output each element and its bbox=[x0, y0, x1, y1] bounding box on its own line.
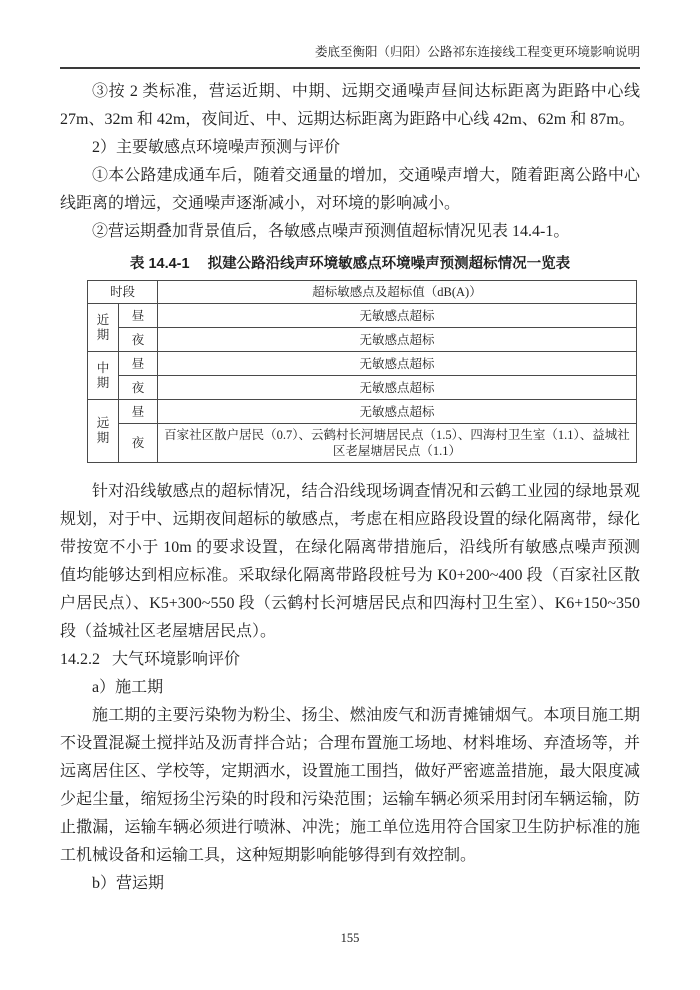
paragraph-table-reference: ②营运期叠加背景值后，各敏感点噪声预测值超标情况见表 14.4-1。 bbox=[60, 218, 640, 246]
value-near-night: 无敏感点超标 bbox=[158, 328, 637, 352]
page-header: 娄底至衡阳（归阳）公路祁东连接线工程变更环境影响说明 bbox=[60, 0, 640, 69]
value-near-day: 无敏感点超标 bbox=[158, 304, 637, 328]
table-row: 近期 昼 无敏感点超标 bbox=[88, 304, 637, 328]
table-row: 夜 百家社区散户居民（0.7）、云鹤村长河塘居民点（1.5）、四海村卫生室（1.… bbox=[88, 424, 637, 463]
value-mid-day: 无敏感点超标 bbox=[158, 352, 637, 376]
section-title: 大气环境影响评价 bbox=[112, 651, 240, 668]
col-header-exceedance: 超标敏感点及超标值（dB(A)） bbox=[158, 281, 637, 304]
time-night-label: 夜 bbox=[119, 376, 158, 400]
document-page: 娄底至衡阳（归阳）公路祁东连接线工程变更环境影响说明 ③按 2 类标准，营运近期… bbox=[0, 0, 700, 990]
section-heading-air-environment: 14.2.2大气环境影响评价 bbox=[60, 646, 640, 674]
table-caption-number: 表 14.4-1 bbox=[130, 256, 190, 272]
subheading-sensitive-point-prediction: 2）主要敏感点环境噪声预测与评价 bbox=[60, 134, 640, 162]
period-long-term: 远期 bbox=[88, 400, 119, 463]
table-row: 远期 昼 无敏感点超标 bbox=[88, 400, 637, 424]
table-header-row: 时段 超标敏感点及超标值（dB(A)） bbox=[88, 281, 637, 304]
page-number: 155 bbox=[341, 931, 360, 945]
value-long-day: 无敏感点超标 bbox=[158, 400, 637, 424]
paragraph-noise-standard-distances: ③按 2 类标准，营运近期、中期、远期交通噪声昼间达标距离为距路中心线 27m、… bbox=[60, 78, 640, 134]
table-row: 中期 昼 无敏感点超标 bbox=[88, 352, 637, 376]
time-night-label: 夜 bbox=[119, 424, 158, 463]
document-body: ③按 2 类标准，营运近期、中期、远期交通噪声昼间达标距离为距路中心线 27m、… bbox=[60, 78, 640, 898]
table-row: 夜 无敏感点超标 bbox=[88, 328, 637, 352]
noise-exceedance-table: 时段 超标敏感点及超标值（dB(A)） 近期 昼 无敏感点超标 夜 无敏感点超标… bbox=[87, 280, 637, 463]
period-mid-term: 中期 bbox=[88, 352, 119, 400]
table-caption: 表 14.4-1拟建公路沿线声环境敏感点环境噪声预测超标情况一览表 bbox=[60, 254, 640, 274]
time-day-label: 昼 bbox=[119, 304, 158, 328]
section-number: 14.2.2 bbox=[60, 651, 100, 668]
value-mid-night: 无敏感点超标 bbox=[158, 376, 637, 400]
paragraph-greenbelt-mitigation: 针对沿线敏感点的超标情况，结合沿线现场调查情况和云鹤工业园的绿地景观规划，对于中… bbox=[60, 478, 640, 646]
table-caption-title: 拟建公路沿线声环境敏感点环境噪声预测超标情况一览表 bbox=[208, 256, 571, 272]
paragraph-traffic-noise-trend: ①本公路建成通车后，随着交通量的增加，交通噪声增大，随着距离公路中心线距离的增远… bbox=[60, 162, 640, 218]
time-night-label: 夜 bbox=[119, 328, 158, 352]
table-row: 夜 无敏感点超标 bbox=[88, 376, 637, 400]
header-title: 娄底至衡阳（归阳）公路祁东连接线工程变更环境影响说明 bbox=[315, 45, 640, 59]
value-long-night: 百家社区散户居民（0.7）、云鹤村长河塘居民点（1.5）、四海村卫生室（1.1）… bbox=[158, 424, 637, 463]
page-footer: 155 bbox=[0, 931, 700, 946]
col-header-period: 时段 bbox=[88, 281, 158, 304]
time-day-label: 昼 bbox=[119, 400, 158, 424]
paragraph-construction-dust-control: 施工期的主要污染物为粉尘、扬尘、燃油废气和沥青摊铺烟气。本项目施工期不设置混凝土… bbox=[60, 702, 640, 870]
subheading-operation-period: b）营运期 bbox=[60, 870, 640, 898]
subheading-construction-period: a）施工期 bbox=[60, 674, 640, 702]
time-day-label: 昼 bbox=[119, 352, 158, 376]
period-near-term: 近期 bbox=[88, 304, 119, 352]
